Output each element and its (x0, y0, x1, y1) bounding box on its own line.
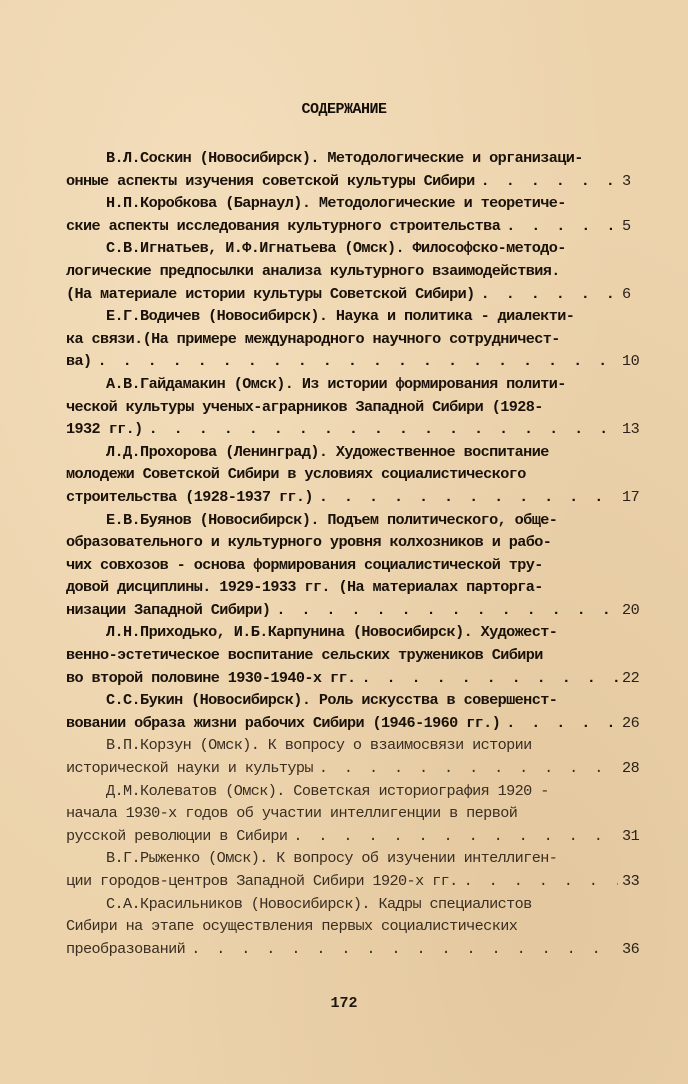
book-page: СОДЕРЖАНИЕ В.Л.Соскин (Новосибирск). Мет… (0, 0, 688, 1084)
toc-entry-line: Л.Н.Приходько, И.Б.Карпунина (Новосибирс… (0, 621, 618, 644)
dot-leader: . . . . . . . . . . . . . . . . . . . . … (191, 938, 618, 961)
toc-page-number: 5 (622, 215, 631, 238)
toc-entry-line: Н.П.Коробкова (Барнаул). Методологически… (0, 192, 618, 215)
toc-entry: С.А.Красильников (Новосибирск). Кадры сп… (0, 893, 688, 961)
toc-entry-text: 1932 гг.) (66, 418, 143, 441)
dot-leader: . . . . . . . . . . . . . . . . . . . . … (319, 486, 618, 509)
dot-leader: . . . . . . . . . . . . . . . . . . . . … (149, 418, 618, 441)
toc-entry: В.П.Корзун (Омск). К вопросу о взаимосвя… (0, 734, 688, 779)
dot-leader: . . . . . . . . . . . . . . . . . . . . … (98, 350, 618, 373)
toc-entry: Л.Н.Приходько, И.Б.Карпунина (Новосибирс… (0, 621, 688, 689)
toc-entry-line: В.Л.Соскин (Новосибирск). Методологическ… (0, 147, 618, 170)
toc-entry: Е.В.Буянов (Новосибирск). Подъем политич… (0, 509, 688, 622)
toc-entry-line: ческой культуры ученых-аграрников Западн… (0, 396, 618, 419)
page-number: 172 (0, 995, 688, 1012)
toc-entry-text: низации Западной Сибири) (66, 599, 270, 622)
toc-entry-last-line: ции городов-центров Западной Сибири 1920… (0, 870, 618, 893)
toc-entry-line: молодежи Советской Сибири в условиях соц… (0, 463, 618, 486)
toc-entry-line: венно-эстетическое воспитание сельских т… (0, 644, 618, 667)
toc-entry-text: исторической науки и культуры (66, 757, 313, 780)
toc-entry-line: С.А.Красильников (Новосибирск). Кадры сп… (0, 893, 618, 916)
toc-page-number: 22 (622, 667, 639, 690)
toc-page-number: 26 (622, 712, 639, 735)
toc-entry-line: начала 1930-х годов об участии интеллиге… (0, 802, 618, 825)
toc-entry-line: С.С.Букин (Новосибирск). Роль искусства … (0, 689, 618, 712)
toc-entry-line: Д.М.Колеватов (Омск). Советская историог… (0, 780, 618, 803)
toc-entry: В.Г.Рыженко (Омск). К вопросу об изучени… (0, 847, 688, 892)
toc-entry-line: образовательного и культурного уровня ко… (0, 531, 618, 554)
toc-entry-last-line: строительства (1928-1937 гг.). . . . . .… (0, 486, 618, 509)
toc-entry: Л.Д.Прохорова (Ленинград). Художественно… (0, 441, 688, 509)
toc-entry-line: В.Г.Рыженко (Омск). К вопросу об изучени… (0, 847, 618, 870)
toc-entry-last-line: (На материале истории культуры Советской… (0, 283, 618, 306)
toc-entry-text: вовании образа жизни рабочих Сибири (194… (66, 712, 500, 735)
toc-entry-text: строительства (1928-1937 гг.) (66, 486, 313, 509)
toc-entry-last-line: низации Западной Сибири). . . . . . . . … (0, 599, 618, 622)
dot-leader: . . . . . . . . . . . . . . . . . . . . … (361, 667, 618, 690)
toc-page-number: 20 (622, 599, 639, 622)
toc-entry-last-line: 1932 гг.). . . . . . . . . . . . . . . .… (0, 418, 618, 441)
toc-page-number: 17 (622, 486, 639, 509)
toc-entry-last-line: онные аспекты изучения советской культур… (0, 170, 618, 193)
toc-entry: Д.М.Колеватов (Омск). Советская историог… (0, 780, 688, 848)
dot-leader: . . . . . . . . . . . . . . . . . . . . … (481, 283, 618, 306)
page-title: СОДЕРЖАНИЕ (0, 101, 688, 118)
toc-entry-line: Сибири на этапе осуществления первых соц… (0, 915, 618, 938)
toc-entry-line: ка связи.(На примере международного науч… (0, 328, 618, 351)
toc-entry-line: Е.В.Буянов (Новосибирск). Подъем политич… (0, 509, 618, 532)
toc-page-number: 10 (622, 350, 639, 373)
toc-entry: Н.П.Коробкова (Барнаул). Методологически… (0, 192, 688, 237)
toc-entry-text: русской революции в Сибири (66, 825, 287, 848)
toc-entry-last-line: преобразований. . . . . . . . . . . . . … (0, 938, 618, 961)
toc-entry: В.Л.Соскин (Новосибирск). Методологическ… (0, 147, 688, 192)
toc-entry-last-line: во второй половине 1930-1940-х гг.. . . … (0, 667, 618, 690)
toc-entry-text: ские аспекты исследования культурного ст… (66, 215, 500, 238)
toc-page-number: 31 (622, 825, 639, 848)
dot-leader: . . . . . . . . . . . . . . . . . . . . … (293, 825, 618, 848)
toc-entry-line: чих совхозов - основа формирования социа… (0, 554, 618, 577)
toc-entry-text: преобразований (66, 938, 185, 961)
dot-leader: . . . . . . . . . . . . . . . . . . . . … (481, 170, 618, 193)
toc-page-number: 3 (622, 170, 631, 193)
toc-entry-text: (На материале истории культуры Советской… (66, 283, 475, 306)
toc-entry-last-line: ва). . . . . . . . . . . . . . . . . . .… (0, 350, 618, 373)
dot-leader: . . . . . . . . . . . . . . . . . . . . … (506, 215, 618, 238)
toc-entry-text: во второй половине 1930-1940-х гг. (66, 667, 355, 690)
toc-entry-last-line: исторической науки и культуры. . . . . .… (0, 757, 618, 780)
toc-entry-text: ции городов-центров Западной Сибири 1920… (66, 870, 458, 893)
table-of-contents: В.Л.Соскин (Новосибирск). Методологическ… (0, 147, 688, 960)
toc-page-number: 13 (622, 418, 639, 441)
toc-entry-line: С.В.Игнатьев, И.Ф.Игнатьева (Омск). Фило… (0, 237, 618, 260)
dot-leader: . . . . . . . . . . . . . . . . . . . . … (464, 870, 618, 893)
toc-page-number: 36 (622, 938, 639, 961)
dot-leader: . . . . . . . . . . . . . . . . . . . . … (506, 712, 618, 735)
dot-leader: . . . . . . . . . . . . . . . . . . . . … (276, 599, 618, 622)
toc-entry-line: Л.Д.Прохорова (Ленинград). Художественно… (0, 441, 618, 464)
toc-entry-line: довой дисциплины. 1929-1933 гг. (На мате… (0, 576, 618, 599)
toc-entry-text: ва) (66, 350, 92, 373)
toc-entry-text: онные аспекты изучения советской культур… (66, 170, 475, 193)
toc-entry-last-line: вовании образа жизни рабочих Сибири (194… (0, 712, 618, 735)
toc-entry-last-line: ские аспекты исследования культурного ст… (0, 215, 618, 238)
toc-entry: Е.Г.Водичев (Новосибирск). Наука и полит… (0, 305, 688, 373)
toc-entry-line: В.П.Корзун (Омск). К вопросу о взаимосвя… (0, 734, 618, 757)
toc-page-number: 28 (622, 757, 639, 780)
dot-leader: . . . . . . . . . . . . . . . . . . . . … (319, 757, 618, 780)
toc-page-number: 6 (622, 283, 631, 306)
toc-page-number: 33 (622, 870, 639, 893)
toc-entry: С.С.Букин (Новосибирск). Роль искусства … (0, 689, 688, 734)
toc-entry-line: логические предпосылки анализа культурно… (0, 260, 618, 283)
toc-entry: С.В.Игнатьев, И.Ф.Игнатьева (Омск). Фило… (0, 237, 688, 305)
toc-entry-line: Е.Г.Водичев (Новосибирск). Наука и полит… (0, 305, 618, 328)
toc-entry: А.В.Гайдамакин (Омск). Из истории формир… (0, 373, 688, 441)
toc-entry-last-line: русской революции в Сибири. . . . . . . … (0, 825, 618, 848)
toc-entry-line: А.В.Гайдамакин (Омск). Из истории формир… (0, 373, 618, 396)
